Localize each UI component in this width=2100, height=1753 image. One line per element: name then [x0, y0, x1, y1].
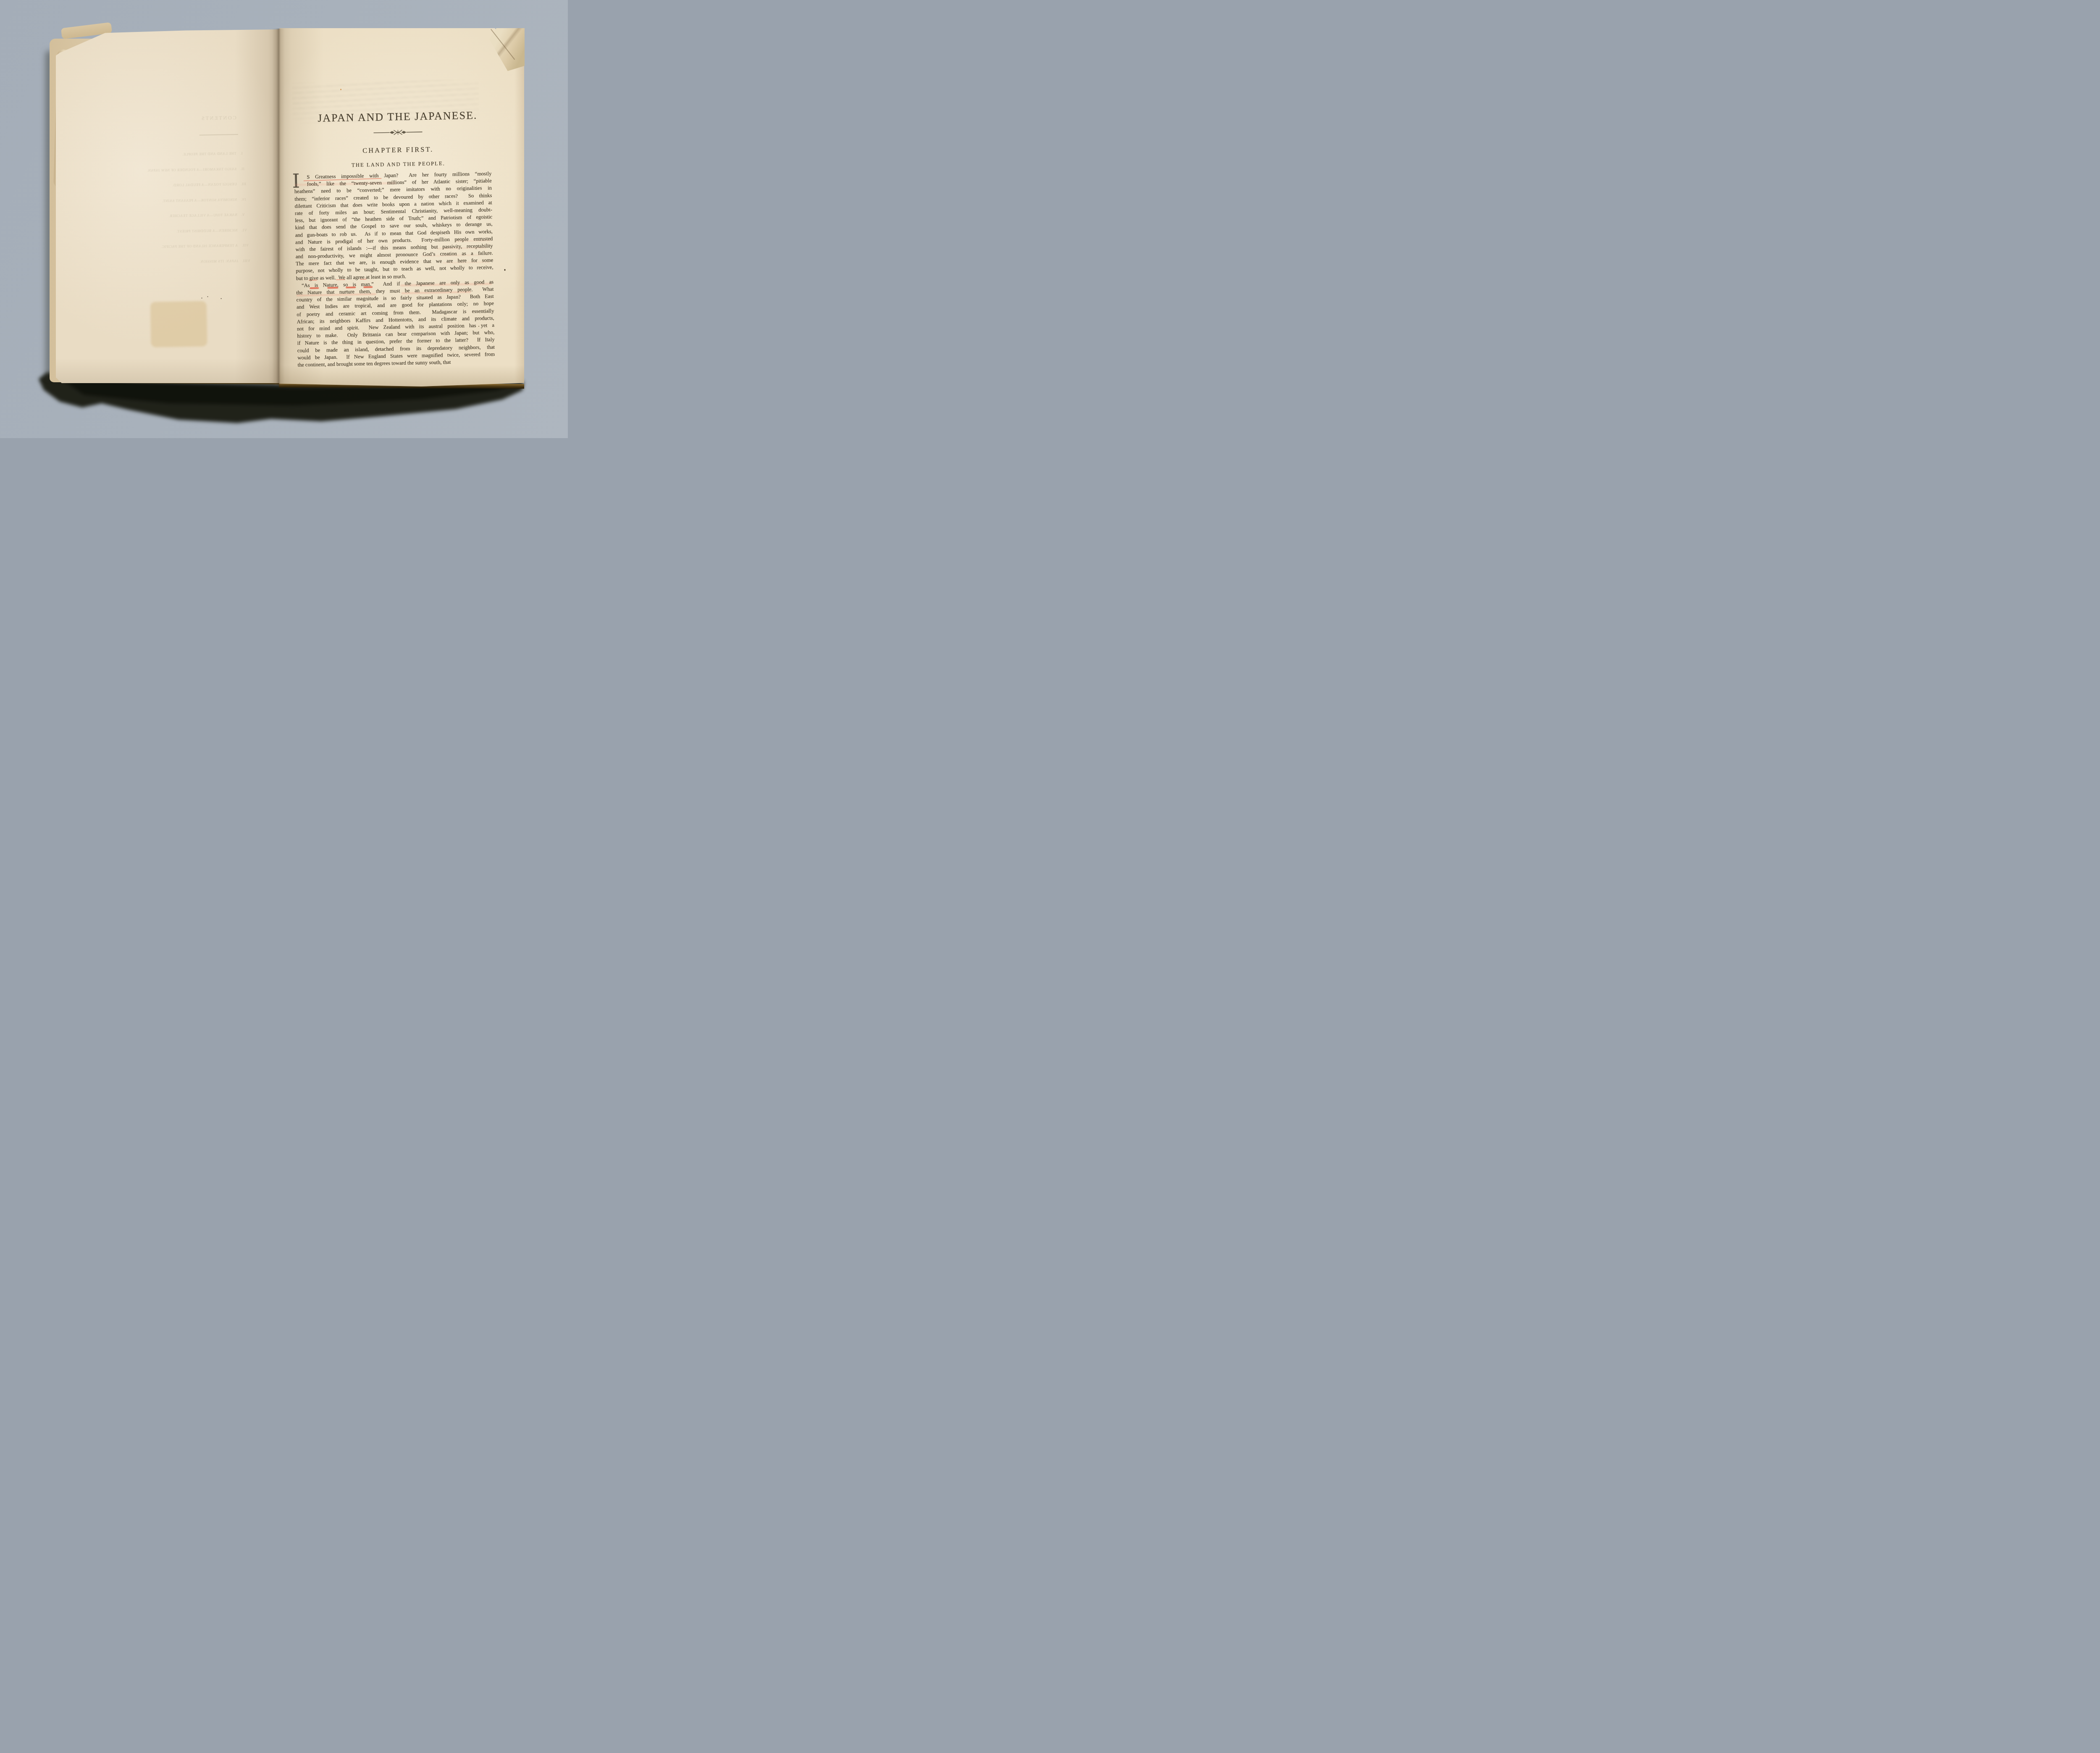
photo-of-open-book: CONTENTS I.The Land and the People.II.Sa… — [0, 0, 568, 438]
section-heading: THE LAND AND THE PEOPLE. — [279, 159, 518, 170]
contents-item-bleed: II.Saigo Takamori—A Founder of New Japan… — [117, 167, 250, 173]
speck — [207, 296, 208, 297]
contents-items-bleed: I.The Land and the People.II.Saigo Takam… — [113, 111, 252, 113]
contents-item-bleed: VII.A Temperance Island of the Pacific. — [118, 244, 252, 250]
contents-bleed-through: CONTENTS I.The Land and the People.II.Sa… — [113, 111, 255, 290]
left-page-content: CONTENTS I.The Land and the People.II.Sa… — [53, 27, 283, 385]
left-page: CONTENTS I.The Land and the People.II.Sa… — [56, 29, 279, 383]
dark-speck — [504, 269, 506, 271]
contents-item-bleed: VI.Nichiren—A Buddhist Priest. — [118, 228, 252, 234]
contents-item-bleed: III.Uesugi Yozan—A Feudal Lord. — [117, 182, 251, 189]
right-page: JAPAN AND THE JAPANESE. CHAPTER FI — [279, 28, 524, 386]
speck — [478, 326, 479, 327]
contents-item-bleed: IV.Ninomiya Sontok—A Peasant Saint. — [117, 197, 251, 204]
divider-ornament-icon — [278, 127, 517, 140]
contents-rule-bleed — [199, 134, 238, 135]
chapter-heading: CHAPTER FIRST. — [278, 144, 517, 156]
body-text: I S Greatness impossible with Japan? Ar — [294, 170, 495, 374]
contents-title-bleed: CONTENTS — [191, 115, 246, 122]
drop-cap-initial: I — [292, 172, 306, 189]
right-page-content: JAPAN AND THE JAPANESE. CHAPTER FI — [276, 26, 528, 389]
contents-item-bleed: V.Nakae Toju—A Village Teacher. — [118, 213, 251, 219]
speck — [202, 298, 202, 299]
speck — [221, 298, 222, 299]
contents-item-bleed: I.The Land and the People. — [117, 152, 250, 158]
contents-item-bleed: VIII.Japan: its Mission. — [118, 259, 252, 265]
paste-stain — [150, 301, 207, 347]
